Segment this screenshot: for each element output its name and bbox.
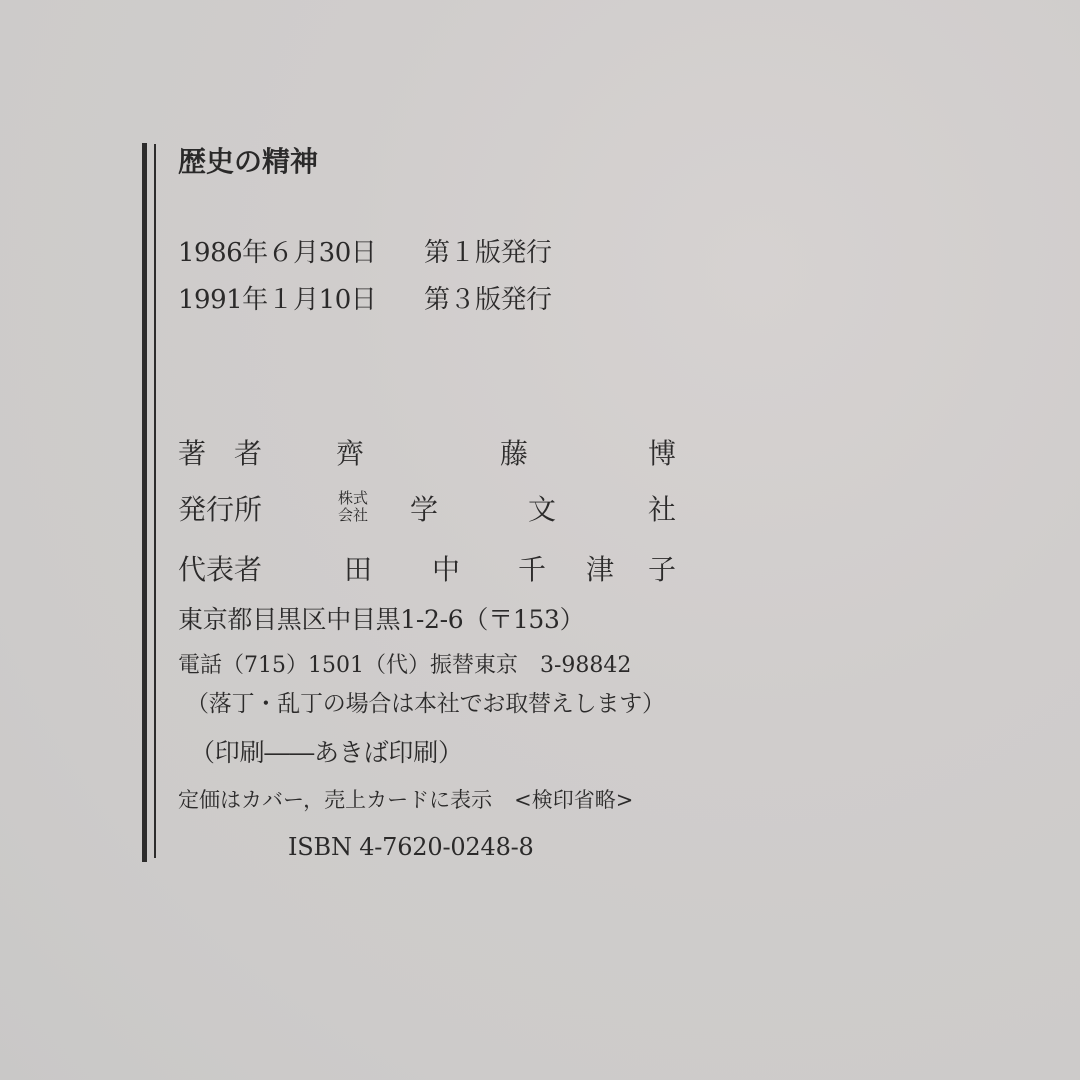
representative-name-part: 中 bbox=[432, 556, 460, 584]
publisher-credit: 発行所 株式 会社 学 文 社 bbox=[178, 496, 698, 536]
publisher-label: 発行所 bbox=[178, 496, 262, 524]
author-credit: 著 者 齊 藤 博 bbox=[178, 440, 698, 474]
publisher-name-part: 文 bbox=[528, 496, 556, 524]
publisher-name-part: 社 bbox=[648, 496, 676, 524]
edition-date: 1986年６月30日 bbox=[178, 240, 424, 266]
colophon-page: 歴史の精神 1986年６月30日第１版発行 1991年１月10日第３版発行 著 … bbox=[0, 0, 1080, 1080]
author-name-part: 博 bbox=[648, 440, 676, 468]
replacement-note: （落丁・乱丁の場合は本社でお取替えします） bbox=[186, 693, 665, 716]
author-name-part: 藤 bbox=[500, 440, 528, 468]
author-label: 著 者 bbox=[178, 440, 262, 468]
publisher-address: 東京都目黒区中目黒1-2-6（〒153） bbox=[178, 607, 584, 632]
representative-name-part: 千 bbox=[518, 556, 546, 584]
corporate-prefix-top: 株式 bbox=[336, 490, 370, 507]
representative-label: 代表者 bbox=[178, 556, 262, 584]
seal-omitted-note: <検印省略> bbox=[514, 788, 633, 812]
representative-name-part: 津 bbox=[586, 556, 614, 584]
isbn: ISBN 4-7620-0248-8 bbox=[288, 835, 534, 859]
edition-date: 1991年１月10日 bbox=[178, 287, 424, 313]
price-note: 定価はカバー，売上カードに表示 bbox=[178, 788, 492, 812]
corporate-prefix: 株式 会社 bbox=[336, 490, 370, 524]
printer-credit: （印刷――あきば印刷） bbox=[190, 740, 463, 765]
book-title: 歴史の精神 bbox=[178, 148, 318, 176]
representative-name-part: 子 bbox=[648, 556, 676, 584]
representative-name-part: 田 bbox=[344, 556, 372, 584]
publisher-name-part: 学 bbox=[410, 496, 438, 524]
vertical-rule-thick bbox=[142, 143, 147, 862]
vertical-rule-thin bbox=[154, 144, 156, 858]
edition-number: 第１版発行 bbox=[424, 238, 552, 268]
representative-credit: 代表者 田 中 千 津 子 bbox=[178, 556, 698, 590]
edition-line-first: 1986年６月30日第１版発行 bbox=[178, 240, 552, 266]
price-line: 定価はカバー，売上カードに表示<検印省略> bbox=[178, 790, 633, 811]
edition-number: 第３版発行 bbox=[424, 285, 552, 315]
publisher-phone: 電話（715）1501（代）振替東京 3-98842 bbox=[178, 655, 631, 677]
author-name-part: 齊 bbox=[336, 440, 364, 468]
corporate-prefix-bottom: 会社 bbox=[336, 507, 370, 524]
edition-line-third: 1991年１月10日第３版発行 bbox=[178, 287, 552, 313]
